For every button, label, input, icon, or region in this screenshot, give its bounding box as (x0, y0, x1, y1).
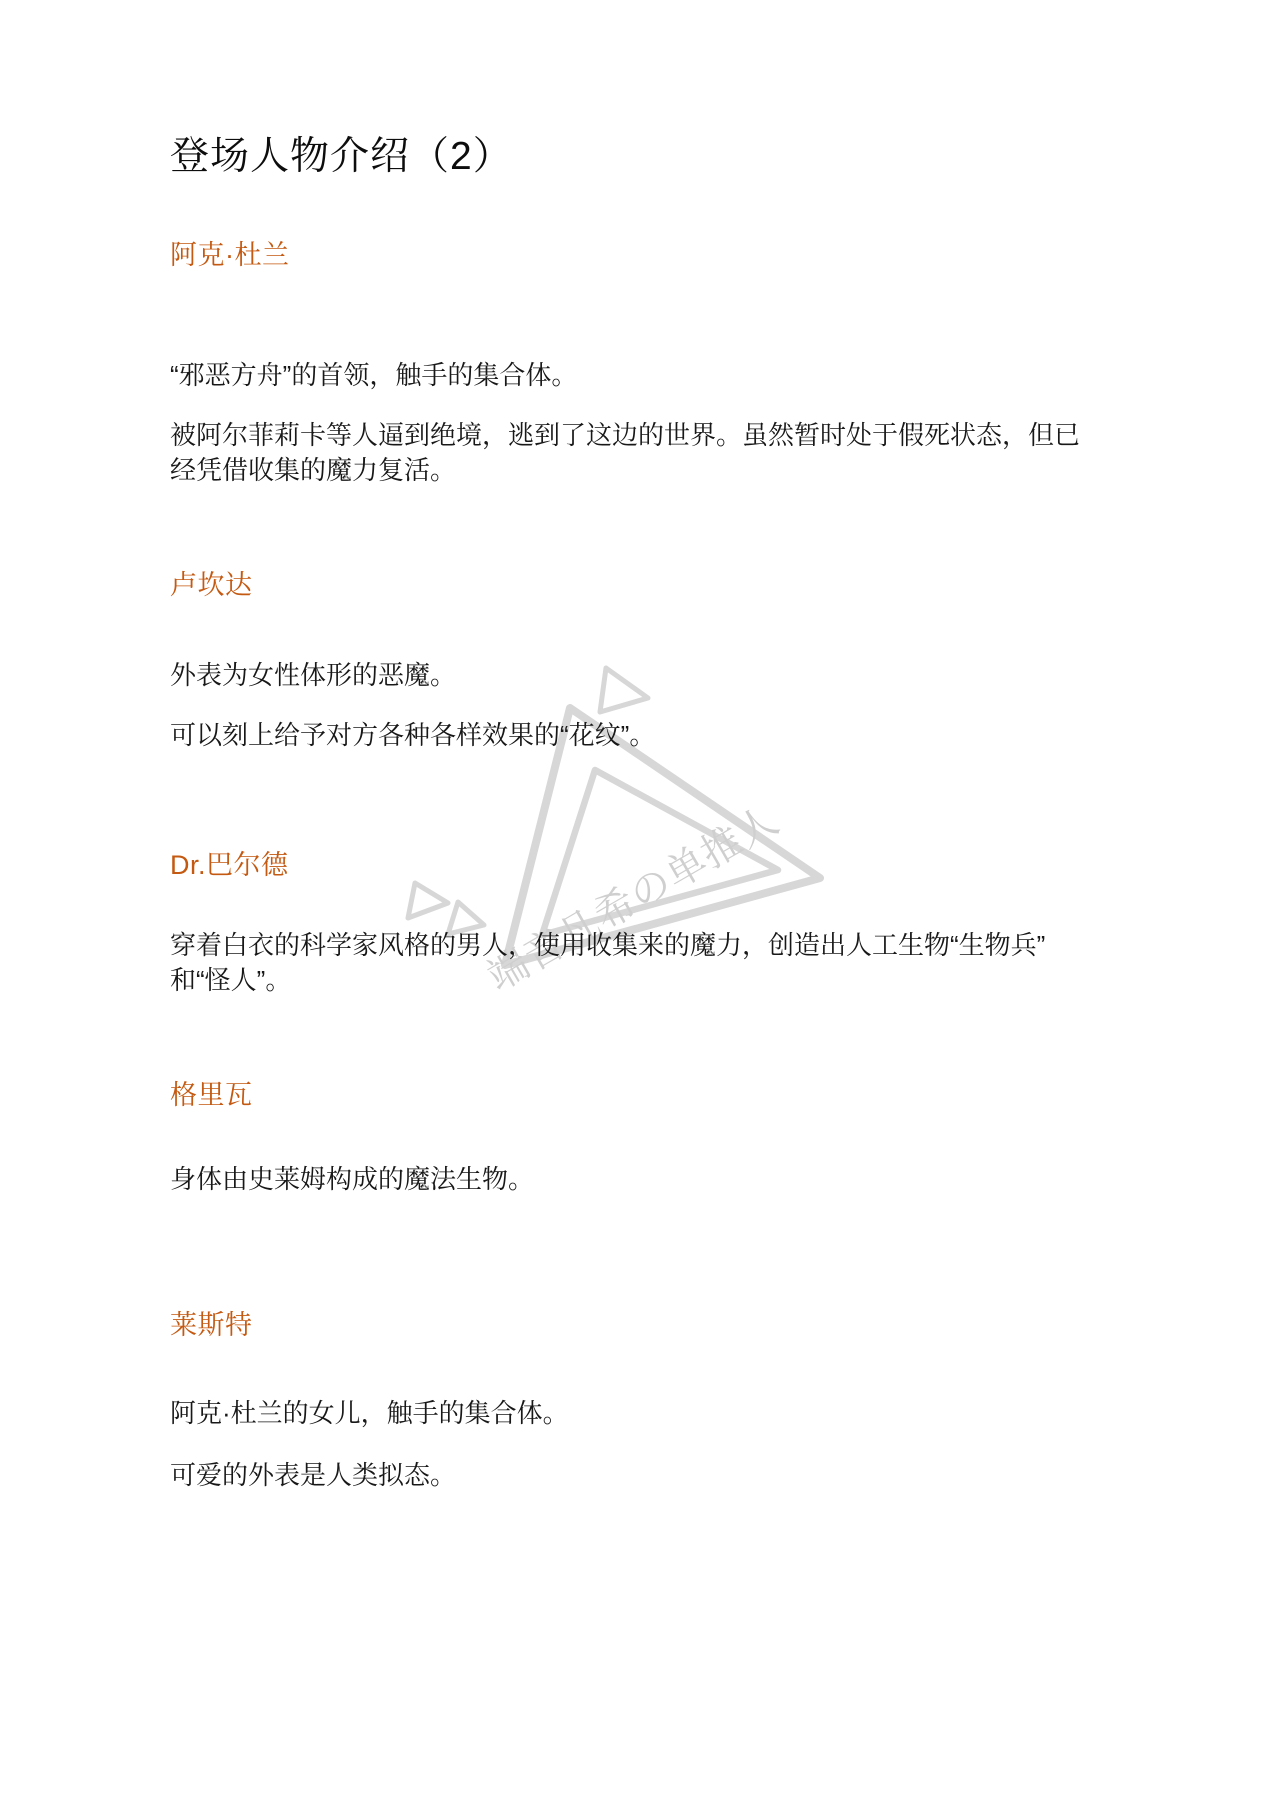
text-line: 外表为女性体形的恶魔。 (170, 658, 1120, 693)
text-line: 阿克·杜兰的女儿，触手的集合体。 (170, 1396, 1120, 1431)
text-line: 穿着白衣的科学家风格的男人，使用收集来的魔力，创造出人工生物“生物兵” (170, 928, 1120, 963)
paragraph: 被阿尔菲莉卡等人逼到绝境，逃到了这边的世界。虽然暂时处于假死状态，但已 经凭借收… (170, 418, 1120, 488)
section-heading-lukanda: 卢坎达 (170, 568, 1120, 602)
text-line: 可爱的外表是人类拟态。 (170, 1458, 1120, 1493)
document-page: 端音凡希の单推人 登场人物介绍（2） 阿克·杜兰 “邪恶方舟”的首领，触手的集合… (0, 0, 1280, 1810)
paragraph: 身体由史莱姆构成的魔法生物。 (170, 1162, 1120, 1197)
section-heading-lester: 莱斯特 (170, 1308, 1120, 1342)
watermark-small-triangle-left (408, 883, 448, 918)
text-line: 被阿尔菲莉卡等人逼到绝境，逃到了这边的世界。虽然暂时处于假死状态，但已 (170, 418, 1120, 453)
paragraph: “邪恶方舟”的首领，触手的集合体。 (170, 358, 1120, 393)
text-line: 身体由史莱姆构成的魔法生物。 (170, 1162, 1120, 1197)
section-heading-ark-dulan: 阿克·杜兰 (170, 238, 1120, 272)
text-line: 可以刻上给予对方各种各样效果的“花纹”。 (170, 718, 1120, 753)
text-line: “邪恶方舟”的首领，触手的集合体。 (170, 358, 1120, 393)
paragraph: 外表为女性体形的恶魔。 (170, 658, 1120, 693)
section-heading-dr-balde: Dr.巴尔德 (170, 848, 1120, 882)
text-line: 经凭借收集的魔力复活。 (170, 453, 1120, 488)
paragraph: 可以刻上给予对方各种各样效果的“花纹”。 (170, 718, 1120, 753)
page-title: 登场人物介绍（2） (170, 132, 1120, 182)
section-heading-greva: 格里瓦 (170, 1078, 1120, 1112)
paragraph: 阿克·杜兰的女儿，触手的集合体。 (170, 1396, 1120, 1431)
text-line: 和“怪人”。 (170, 963, 1120, 998)
paragraph: 穿着白衣的科学家风格的男人，使用收集来的魔力，创造出人工生物“生物兵” 和“怪人… (170, 928, 1120, 998)
paragraph: 可爱的外表是人类拟态。 (170, 1458, 1120, 1493)
